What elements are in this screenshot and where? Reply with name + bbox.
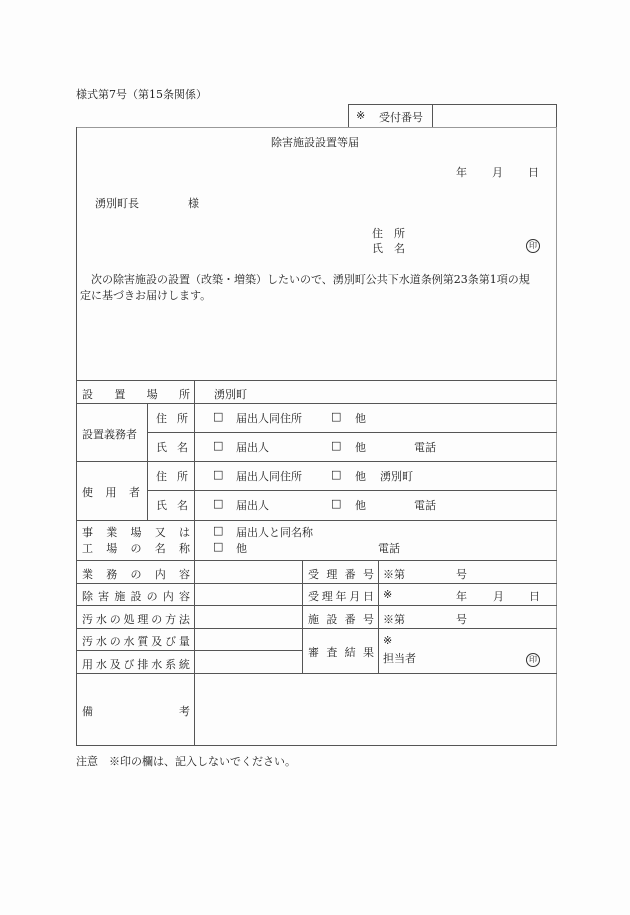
- checkbox[interactable]: □: [331, 497, 341, 510]
- label-char: 果: [363, 644, 374, 660]
- acceptance-date-month: 月: [493, 588, 504, 604]
- label-char: 月: [349, 588, 360, 604]
- acceptance-number-prefix: ※第: [383, 566, 405, 582]
- obligor-name-opt1: 届出人: [236, 439, 269, 455]
- receipt-label: 受付番号: [379, 109, 423, 125]
- label-char: 名: [177, 439, 188, 455]
- label-char: 水: [96, 656, 107, 672]
- label-char: 所: [177, 468, 188, 484]
- label-char: 業: [106, 524, 117, 540]
- label-char: 容: [179, 588, 190, 604]
- label-char: 所: [179, 386, 190, 402]
- label-char: び: [124, 656, 135, 672]
- remarks-field[interactable]: [197, 676, 553, 742]
- right-label-right-divider: [378, 560, 379, 673]
- label-char: 工: [82, 540, 93, 556]
- row-line: [147, 432, 557, 433]
- facility-number-label: 施 設 番 号: [308, 611, 374, 627]
- label-char: 場: [131, 524, 142, 540]
- label-char: 使: [82, 484, 93, 500]
- label-char: の: [147, 588, 158, 604]
- user-phone-label: 電話: [414, 497, 436, 513]
- label-char: 日: [363, 588, 374, 604]
- row-line: [76, 403, 557, 404]
- honorific: 様: [188, 195, 199, 211]
- user-name-label: 氏 名: [156, 497, 188, 513]
- body-text-line2: 定に基づきお届けします。: [80, 287, 211, 303]
- receipt-number-field[interactable]: [436, 105, 554, 125]
- checkbox[interactable]: □: [213, 439, 223, 452]
- acceptance-date-prefix: ※: [383, 588, 392, 601]
- date-month: 月: [492, 164, 503, 180]
- outer-top: [76, 127, 557, 128]
- label-char: 番: [345, 566, 356, 582]
- label-char: 水: [96, 611, 107, 627]
- applicant-address-label: 住 所: [372, 225, 405, 241]
- label-char: 汚: [82, 611, 93, 627]
- outer-right: [556, 127, 557, 746]
- label-char: 内: [163, 588, 174, 604]
- label-char: 受: [308, 588, 319, 604]
- addressee: 湧別町長: [95, 195, 139, 211]
- obligor-address-label: 住 所: [156, 410, 188, 426]
- label-char: 務: [106, 566, 117, 582]
- label-char: 名: [177, 497, 188, 513]
- workplace-label-line1: 事 業 場 又 は: [82, 524, 190, 540]
- label-char: 称: [179, 540, 190, 556]
- review-result-label: 審 査 結 果: [308, 644, 374, 660]
- checkbox[interactable]: □: [331, 439, 341, 452]
- label-char: 又: [155, 524, 166, 540]
- label-char: 設: [130, 588, 141, 604]
- checkbox[interactable]: □: [331, 410, 341, 423]
- label-column-divider: [194, 380, 195, 746]
- row-line: [76, 583, 557, 584]
- install-location-value[interactable]: 湧別町: [214, 386, 247, 402]
- label-char: 設: [326, 611, 337, 627]
- form-number-label: 様式第7号（第15条関係）: [76, 86, 207, 102]
- obligor-phone-label: 電話: [414, 439, 436, 455]
- workplace-opt1: 届出人と同名称: [236, 524, 313, 540]
- label-char: 場: [147, 386, 158, 402]
- acceptance-date-label: 受 理 年 月 日: [308, 588, 374, 604]
- label-char: び: [165, 633, 176, 649]
- label-char: 業: [82, 566, 93, 582]
- install-location-label: 設 置 場 所: [82, 386, 190, 402]
- checkbox[interactable]: □: [213, 497, 223, 510]
- label-char: 氏: [156, 497, 167, 513]
- label-char: 理: [137, 611, 148, 627]
- business-content-label: 業 務 の 内 容: [82, 566, 190, 582]
- label-char: 用: [106, 484, 117, 500]
- user-name-opt1: 届出人: [236, 497, 269, 513]
- label-char: 施: [308, 611, 319, 627]
- label-char: 用: [82, 656, 93, 672]
- review-result-mark: ※: [383, 634, 392, 647]
- label-char: 内: [155, 566, 166, 582]
- label-char: 系: [165, 656, 176, 672]
- label-char: 審: [308, 644, 319, 660]
- workplace-opt2: 他: [236, 540, 247, 556]
- label-char: 水: [124, 633, 135, 649]
- label-char: 住: [156, 468, 167, 484]
- label-char: 番: [345, 611, 356, 627]
- receipt-box-right: [556, 104, 557, 127]
- label-char: 理: [326, 566, 337, 582]
- checkbox[interactable]: □: [213, 410, 223, 423]
- receipt-box-divider: [432, 104, 433, 127]
- label-char: 名: [155, 540, 166, 556]
- acceptance-number-label: 受 理 番 号: [308, 566, 374, 582]
- right-label-left-divider: [302, 560, 303, 673]
- treatment-method-label: 汚 水 の 処 理 の 方 法: [82, 611, 190, 627]
- outer-left: [76, 127, 77, 746]
- label-char: 水: [96, 633, 107, 649]
- label-char: 水: [151, 656, 162, 672]
- checkbox[interactable]: □: [213, 468, 223, 481]
- label-char: は: [179, 524, 190, 540]
- label-char: 査: [326, 644, 337, 660]
- row-line: [76, 605, 557, 606]
- label-char: 量: [179, 633, 190, 649]
- label-char: 理: [322, 588, 333, 604]
- label-char: 法: [179, 611, 190, 627]
- label-char: 号: [363, 566, 374, 582]
- obligor-name-opt2: 他: [355, 439, 366, 455]
- user-address-opt2: 他: [355, 468, 366, 484]
- label-char: 質: [137, 633, 148, 649]
- workplace-phone-label: 電話: [378, 540, 400, 556]
- label-char: 施: [114, 588, 125, 604]
- facility-number-prefix: ※第: [383, 611, 405, 627]
- label-char: 害: [98, 588, 109, 604]
- table-top: [76, 380, 557, 381]
- drainage-system-label: 用 水 及 び 排 水 系 統: [82, 656, 190, 672]
- row-line: [76, 673, 557, 674]
- outer-bottom: [76, 745, 557, 746]
- receipt-mark: ※: [356, 109, 365, 122]
- date-year: 年: [456, 164, 467, 180]
- label-char: 者: [129, 484, 140, 500]
- checkbox[interactable]: □: [213, 540, 223, 553]
- label-char: 受: [308, 566, 319, 582]
- row-line: [76, 650, 303, 651]
- seal-icon: 印: [526, 239, 540, 253]
- row-line: [76, 461, 557, 462]
- row-line: [76, 560, 557, 561]
- checkbox[interactable]: □: [213, 524, 223, 537]
- body-text-line1: 次の除害施設の設置（改築・増築）したいので、湧別町公共下水道条例第23条第1項の…: [80, 271, 530, 287]
- user-address-label: 住 所: [156, 468, 188, 484]
- facility-content-label: 除 害 施 設 の 内 容: [82, 588, 190, 604]
- form-title: 除害施設設置等届: [0, 134, 630, 150]
- label-char: 設: [82, 386, 93, 402]
- acceptance-date-day: 日: [529, 588, 540, 604]
- user-address-opt1: 届出人同住所: [236, 468, 302, 484]
- obligor-label: 設置義務者: [82, 426, 137, 442]
- label-char: 除: [82, 588, 93, 604]
- label-char: 汚: [82, 633, 93, 649]
- facility-number-suffix: 号: [456, 611, 467, 627]
- obligor-address-opt1: 届出人同住所: [236, 410, 302, 426]
- label-char: 場: [106, 540, 117, 556]
- acceptance-number-suffix: 号: [456, 566, 467, 582]
- label-char: の: [131, 540, 142, 556]
- checkbox[interactable]: □: [331, 468, 341, 481]
- row-line: [147, 490, 557, 491]
- label-char: 年: [336, 588, 347, 604]
- label-char: 号: [363, 611, 374, 627]
- obligor-address-opt2: 他: [355, 410, 366, 426]
- row-line: [76, 520, 557, 521]
- label-char: 備: [82, 703, 93, 719]
- label-char: 方: [165, 611, 176, 627]
- row-line: [76, 628, 557, 629]
- obligor-name-label: 氏 名: [156, 439, 188, 455]
- workplace-label-line2: 工 場 の 名 称: [82, 540, 190, 556]
- label-char: 及: [110, 656, 121, 672]
- label-char: の: [151, 611, 162, 627]
- label-char: の: [110, 611, 121, 627]
- label-char: 処: [124, 611, 135, 627]
- receipt-box-left: [348, 104, 349, 127]
- label-char: の: [131, 566, 142, 582]
- label-char: 事: [82, 524, 93, 540]
- label-char: 氏: [156, 439, 167, 455]
- water-quality-label: 汚 水 の 水 質 及 び 量: [82, 633, 190, 649]
- applicant-name-label: 氏 名: [372, 240, 405, 256]
- acceptance-date-year: 年: [456, 588, 467, 604]
- label-char: 所: [177, 410, 188, 426]
- user-address-extra[interactable]: 湧別町: [380, 468, 413, 484]
- label-char: 容: [179, 566, 190, 582]
- user-name-opt2: 他: [355, 497, 366, 513]
- label-char: 結: [345, 644, 356, 660]
- label-char: 置: [114, 386, 125, 402]
- date-day: 日: [528, 164, 539, 180]
- label-char: 排: [137, 656, 148, 672]
- label-char: の: [110, 633, 121, 649]
- remarks-label: 備 考: [82, 703, 190, 719]
- seal-icon: 印: [526, 653, 540, 667]
- sub-label-divider: [147, 403, 148, 520]
- label-char: 住: [156, 410, 167, 426]
- user-label: 使 用 者: [82, 484, 140, 500]
- footer-note: 注意 ※印の欄は、記入しないでください。: [76, 753, 296, 769]
- label-char: 及: [151, 633, 162, 649]
- staff-label: 担当者: [383, 650, 416, 666]
- label-char: 統: [179, 656, 190, 672]
- label-char: 考: [179, 703, 190, 719]
